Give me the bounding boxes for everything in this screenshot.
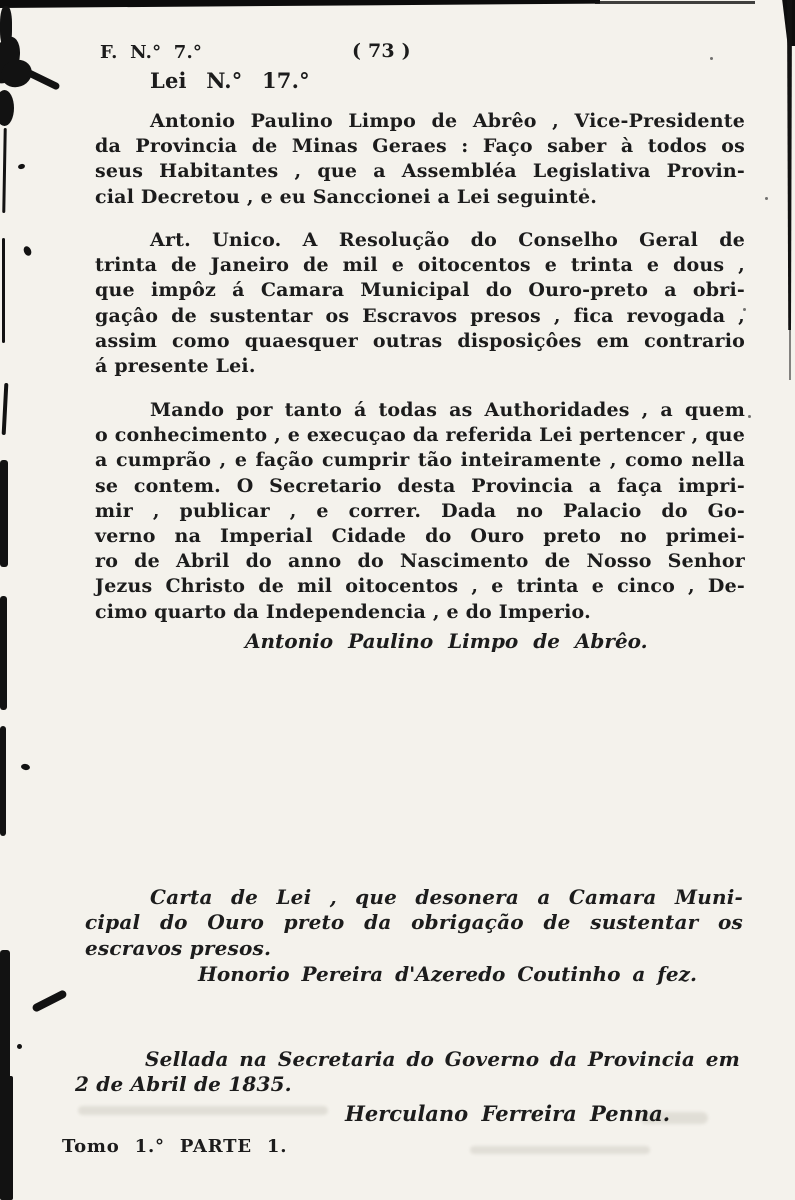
text-line: que impôz á Camara Municipal do Ouro-pre… <box>95 278 745 303</box>
text-line: verno na Imperial Cidade do Ouro preto n… <box>95 524 745 549</box>
scan-left-edge-line <box>2 383 9 435</box>
signature-line: Antonio Paulino Limpo de Abrêo. <box>245 629 648 653</box>
text-line: ro de Abril do anno do Nascimento de Nos… <box>95 549 745 574</box>
article-paragraph: Art. Unico. A Resolução do Conselho Gera… <box>95 228 745 379</box>
scan-ink-blotch <box>0 90 14 126</box>
scan-left-edge-line <box>2 128 6 213</box>
mandate-paragraph: Mando por tanto á todas as Authoridades … <box>95 398 745 625</box>
folio-number: F. N.° 7.° <box>100 42 202 63</box>
clerk-attribution: Honorio Pereira d'Azeredo Coutinho a fez… <box>198 962 697 986</box>
text-line: se contem. O Secretario desta Provincia … <box>95 474 745 499</box>
text-line: assim como quaesquer outras disposiçôes … <box>95 329 745 354</box>
text-line: Jezus Christo de mil oitocentos , e trin… <box>95 574 745 599</box>
scan-left-edge-line <box>2 238 5 343</box>
seal-note: Sellada na Secretaria do Governo da Prov… <box>75 1047 740 1097</box>
text-line: gaçâo de sustentar os Escravos presos , … <box>95 304 745 329</box>
scan-left-edge-band <box>0 1076 13 1200</box>
secretary-signature: Herculano Ferreira Penna. <box>345 1101 670 1126</box>
text-line: cimo quarto da Independencia , e do Impe… <box>95 600 745 625</box>
scan-left-edge-band <box>0 726 6 836</box>
text-line: 2 de Abril de 1835. <box>75 1072 740 1097</box>
scan-top-edge-bar <box>0 0 600 8</box>
scan-speck <box>17 1044 22 1049</box>
text-line: a cumprão , e fação cumprir tão inteiram… <box>95 448 745 473</box>
text-line: seus Habitantes , que a Assembléa Legisl… <box>95 159 745 184</box>
text-line: cial Decretou , e eu Sanccionei a Lei se… <box>95 185 745 210</box>
scan-speck <box>17 163 25 170</box>
text-line: escravos presos. <box>85 936 743 961</box>
scan-top-right-corner <box>779 0 795 46</box>
text-line: Carta de Lei , que desonera a Camara Mun… <box>85 885 743 910</box>
scan-left-edge-band <box>0 460 8 567</box>
scan-smudge <box>470 1146 650 1154</box>
text-line: trinta de Janeiro de mil e oitocentos e … <box>95 253 745 278</box>
law-number-heading: Lei N.° 17.° <box>150 68 310 93</box>
scan-right-edge-line-faint <box>789 322 791 380</box>
text-line: o conhecimento , e execuçao da referida … <box>95 423 745 448</box>
text-line: mir , publicar , e correr. Dada no Palac… <box>95 499 745 524</box>
carta-de-lei-note: Carta de Lei , que desonera a Camara Mun… <box>85 885 743 961</box>
scan-smudge <box>78 1106 328 1115</box>
text-line: Antonio Paulino Limpo de Abrêo , Vice-Pr… <box>95 109 745 134</box>
scan-speck <box>21 763 31 770</box>
page-number: ( 73 ) <box>352 40 411 62</box>
scan-dot <box>710 57 713 60</box>
text-line: cipal do Ouro preto da obrigação de sust… <box>85 910 743 935</box>
scan-left-edge-band <box>0 596 7 710</box>
scan-right-edge-line <box>787 0 792 330</box>
text-line: Art. Unico. A Resolução do Conselho Gera… <box>95 228 745 253</box>
scan-speck <box>22 245 33 257</box>
scan-dot <box>765 197 768 200</box>
scan-left-edge-band <box>0 950 10 1082</box>
scan-pen-slash <box>31 989 68 1013</box>
scanned-page: F. N.° 7.° ( 73 ) Lei N.° 17.° Antonio P… <box>0 0 795 1200</box>
text-line: Mando por tanto á todas as Authoridades … <box>95 398 745 423</box>
preamble-paragraph: Antonio Paulino Limpo de Abrêo , Vice-Pr… <box>95 109 745 210</box>
scan-dot <box>748 415 751 418</box>
text-line: á presente Lei. <box>95 354 745 379</box>
scan-top-edge-thin <box>595 1 755 4</box>
text-line: Sellada na Secretaria do Governo da Prov… <box>75 1047 740 1072</box>
text-line: da Provincia de Minas Geraes : Faço sabe… <box>95 134 745 159</box>
footer-volume-label: Tomo 1.° PARTE 1. <box>62 1136 287 1157</box>
